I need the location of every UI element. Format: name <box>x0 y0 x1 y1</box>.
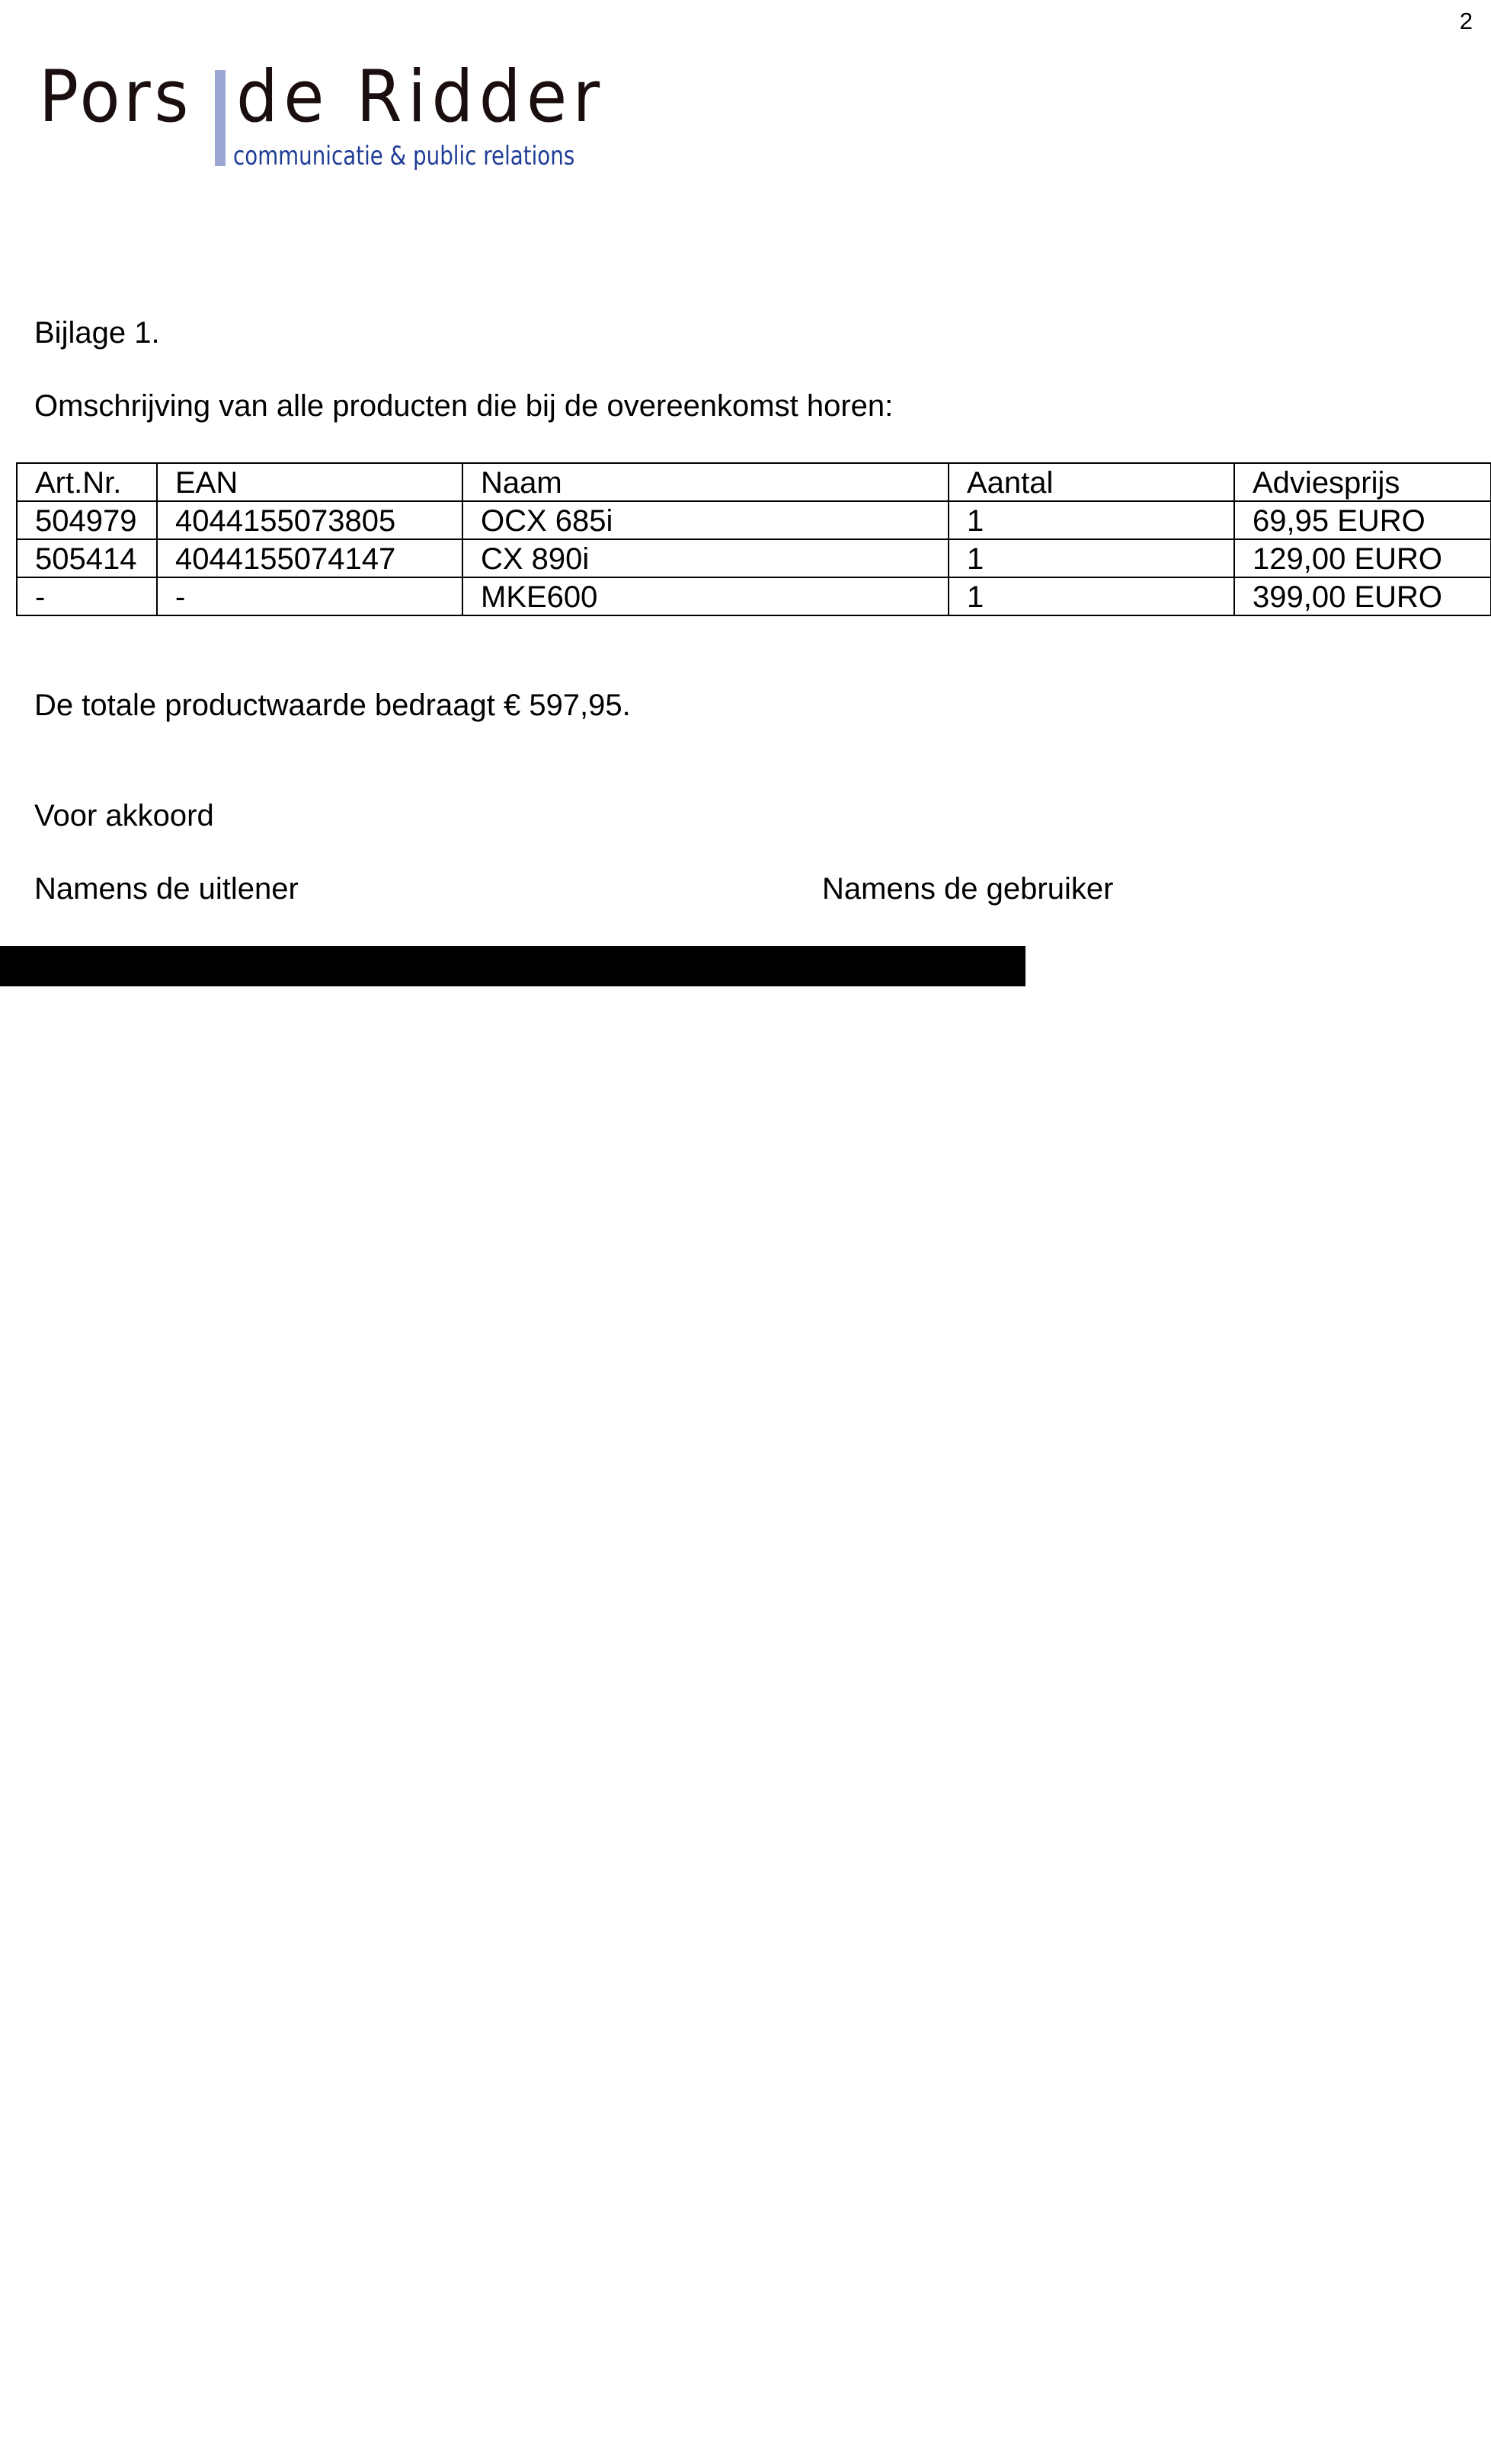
logo-name-right: de Ridder <box>236 59 605 136</box>
products-table: Art.Nr. EAN Naam Aantal Adviesprijs 5049… <box>16 462 1491 616</box>
redaction-bar <box>0 946 1025 986</box>
appendix-heading: Bijlage 1. <box>34 318 160 348</box>
agreement-label: Voor akkoord <box>34 801 214 831</box>
cell-adviesprijs: 399,00 EURO <box>1234 577 1491 615</box>
signature-lender-label: Namens de uitlener <box>34 874 299 904</box>
table-row: 504979 4044155073805 OCX 685i 1 69,95 EU… <box>17 501 1491 539</box>
cell-adviesprijs: 129,00 EURO <box>1234 539 1491 577</box>
signature-user-label: Namens de gebruiker <box>822 874 1113 904</box>
cell-aantal: 1 <box>949 501 1234 539</box>
cell-ean: - <box>157 577 462 615</box>
cell-adviesprijs: 69,95 EURO <box>1234 501 1491 539</box>
table-row: - - MKE600 1 399,00 EURO <box>17 577 1491 615</box>
cell-ean: 4044155074147 <box>157 539 462 577</box>
table-row: 505414 4044155074147 CX 890i 1 129,00 EU… <box>17 539 1491 577</box>
cell-art-nr: 505414 <box>17 539 157 577</box>
cell-aantal: 1 <box>949 577 1234 615</box>
products-intro: Omschrijving van alle producten die bij … <box>34 391 893 421</box>
cell-art-nr: - <box>17 577 157 615</box>
column-header-naam: Naam <box>462 463 949 501</box>
total-value-text: De totale productwaarde bedraagt € 597,9… <box>34 690 631 721</box>
company-logo: Pors de Ridder communicatie & public rel… <box>0 0 686 183</box>
page-number: 2 <box>1460 8 1473 35</box>
column-header-art-nr: Art.Nr. <box>17 463 157 501</box>
column-header-aantal: Aantal <box>949 463 1234 501</box>
column-header-ean: EAN <box>157 463 462 501</box>
logo-divider-bar <box>215 70 226 166</box>
logo-tagline: communicatie & public relations <box>233 141 574 171</box>
column-header-adviesprijs: Adviesprijs <box>1234 463 1491 501</box>
cell-ean: 4044155073805 <box>157 501 462 539</box>
cell-aantal: 1 <box>949 539 1234 577</box>
cell-naam: MKE600 <box>462 577 949 615</box>
table-header-row: Art.Nr. EAN Naam Aantal Adviesprijs <box>17 463 1491 501</box>
logo-name-left: Pors <box>39 59 192 136</box>
cell-naam: OCX 685i <box>462 501 949 539</box>
cell-naam: CX 890i <box>462 539 949 577</box>
cell-art-nr: 504979 <box>17 501 157 539</box>
